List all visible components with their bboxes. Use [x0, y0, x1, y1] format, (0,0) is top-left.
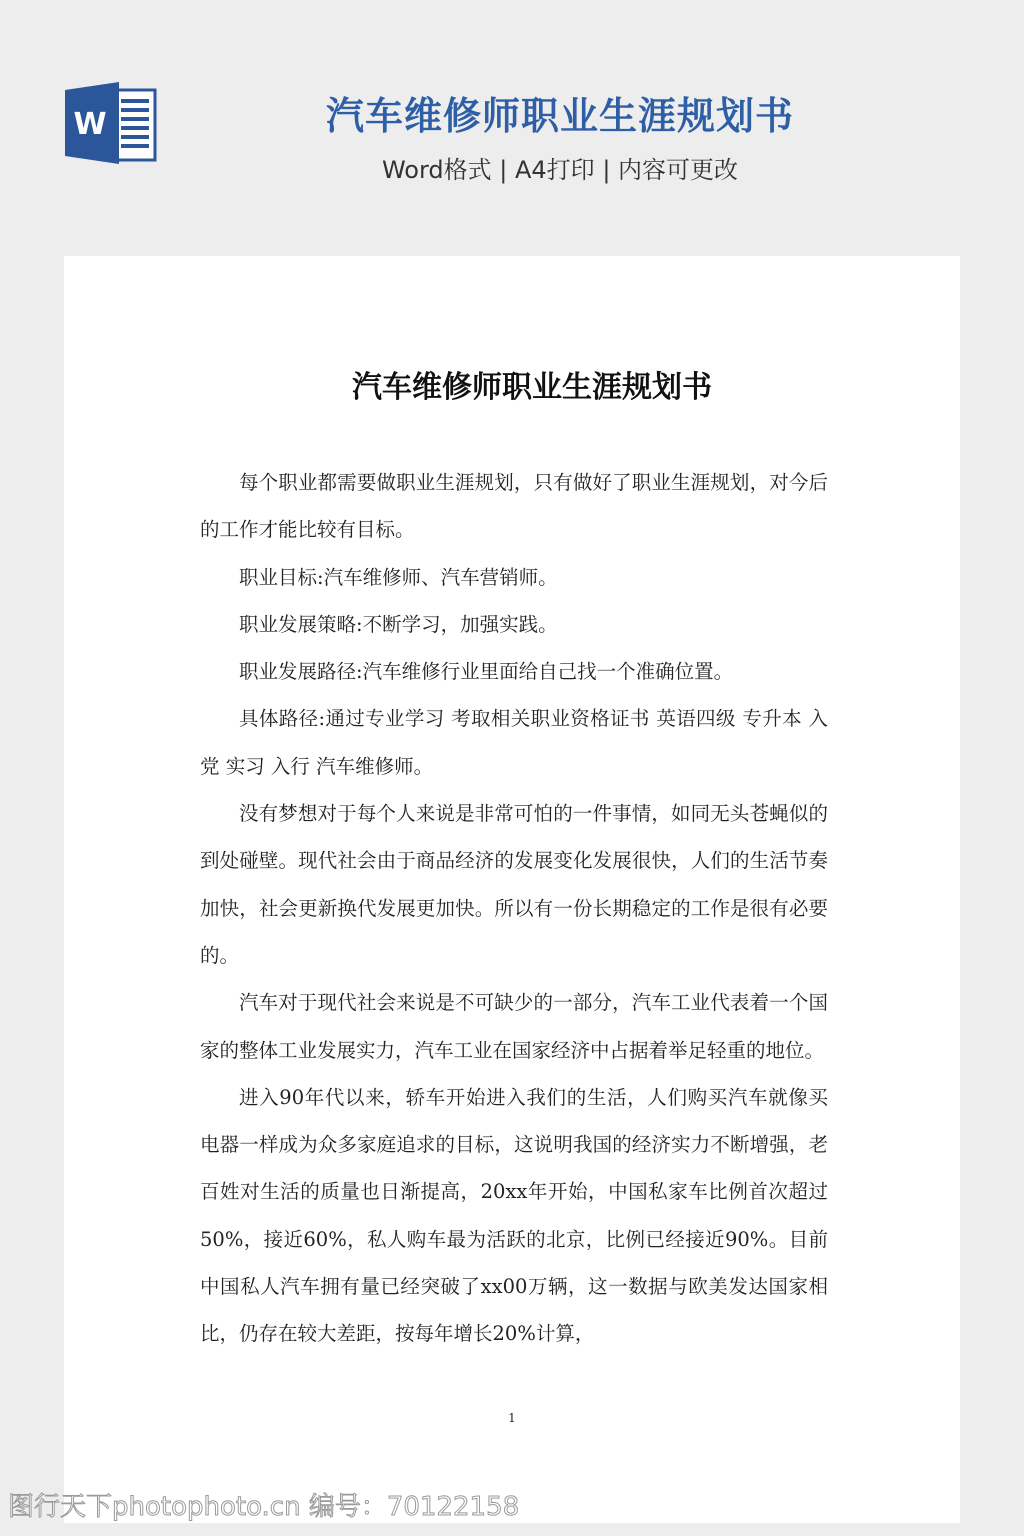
paragraph: 职业发展路径:汽车维修行业里面给自己找一个准确位置。 — [200, 648, 828, 695]
page-number: 1 — [64, 1411, 960, 1425]
header-title: 汽车维修师职业生涯规划书 — [300, 90, 820, 142]
paragraph: 职业目标:汽车维修师、汽车营销师。 — [200, 554, 828, 601]
paragraph: 进入90年代以来，轿车开始进入我们的生活，人们购买汽车就像买电器一样成为众多家庭… — [200, 1074, 828, 1358]
header-subtitle: Word格式 | A4打印 | 内容可更改 — [300, 152, 820, 188]
paragraph: 每个职业都需要做职业生涯规划，只有做好了职业生涯规划，对今后的工作才能比较有目标… — [200, 459, 828, 554]
document-title: 汽车维修师职业生涯规划书 — [64, 366, 960, 410]
word-icon: W — [65, 82, 157, 164]
paragraph: 没有梦想对于每个人来说是非常可怕的一件事情，如同无头苍蝇似的到处碰壁。现代社会由… — [200, 790, 828, 979]
watermark: 图行天下photophoto.cn 编号：70122158 — [8, 1490, 519, 1524]
paragraph: 汽车对于现代社会来说是不可缺少的一部分，汽车工业代表着一个国家的整体工业发展实力… — [200, 979, 828, 1074]
svg-text:W: W — [73, 107, 106, 142]
document-body: 每个职业都需要做职业生涯规划，只有做好了职业生涯规划，对今后的工作才能比较有目标… — [200, 459, 828, 1358]
document-page: 汽车维修师职业生涯规划书 每个职业都需要做职业生涯规划，只有做好了职业生涯规划，… — [64, 256, 960, 1523]
paragraph: 具体路径:通过专业学习 考取相关职业资格证书 英语四级 专升本 入党 实习 入行… — [200, 695, 828, 790]
paragraph: 职业发展策略:不断学习，加强实践。 — [200, 601, 828, 648]
